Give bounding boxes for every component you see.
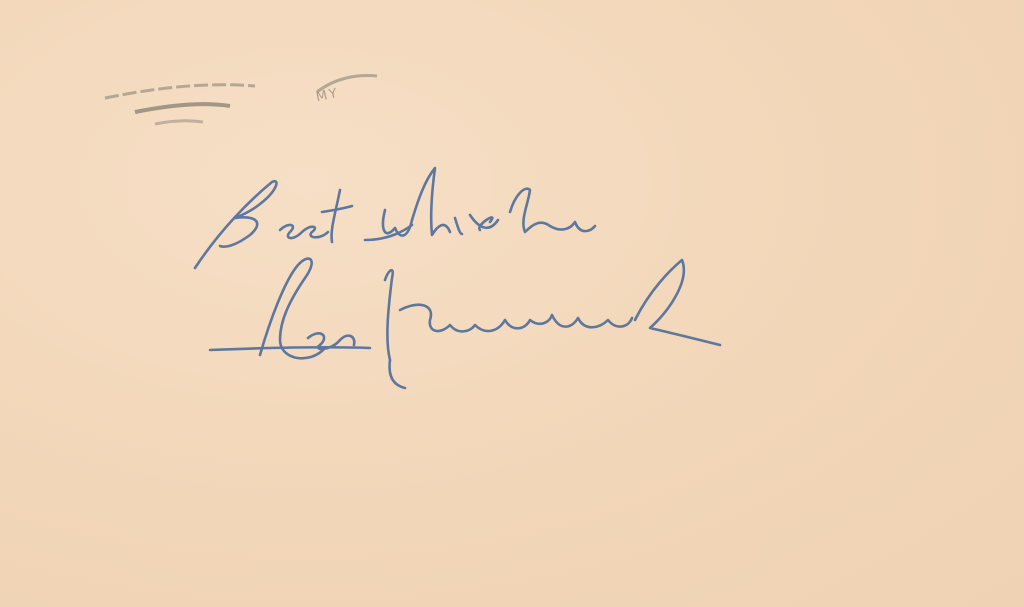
postmark-cancellation-lines [95,60,425,130]
postcard: MY Best Wishes Don Newcombe [0,0,1024,607]
autograph-inscription [180,160,780,400]
